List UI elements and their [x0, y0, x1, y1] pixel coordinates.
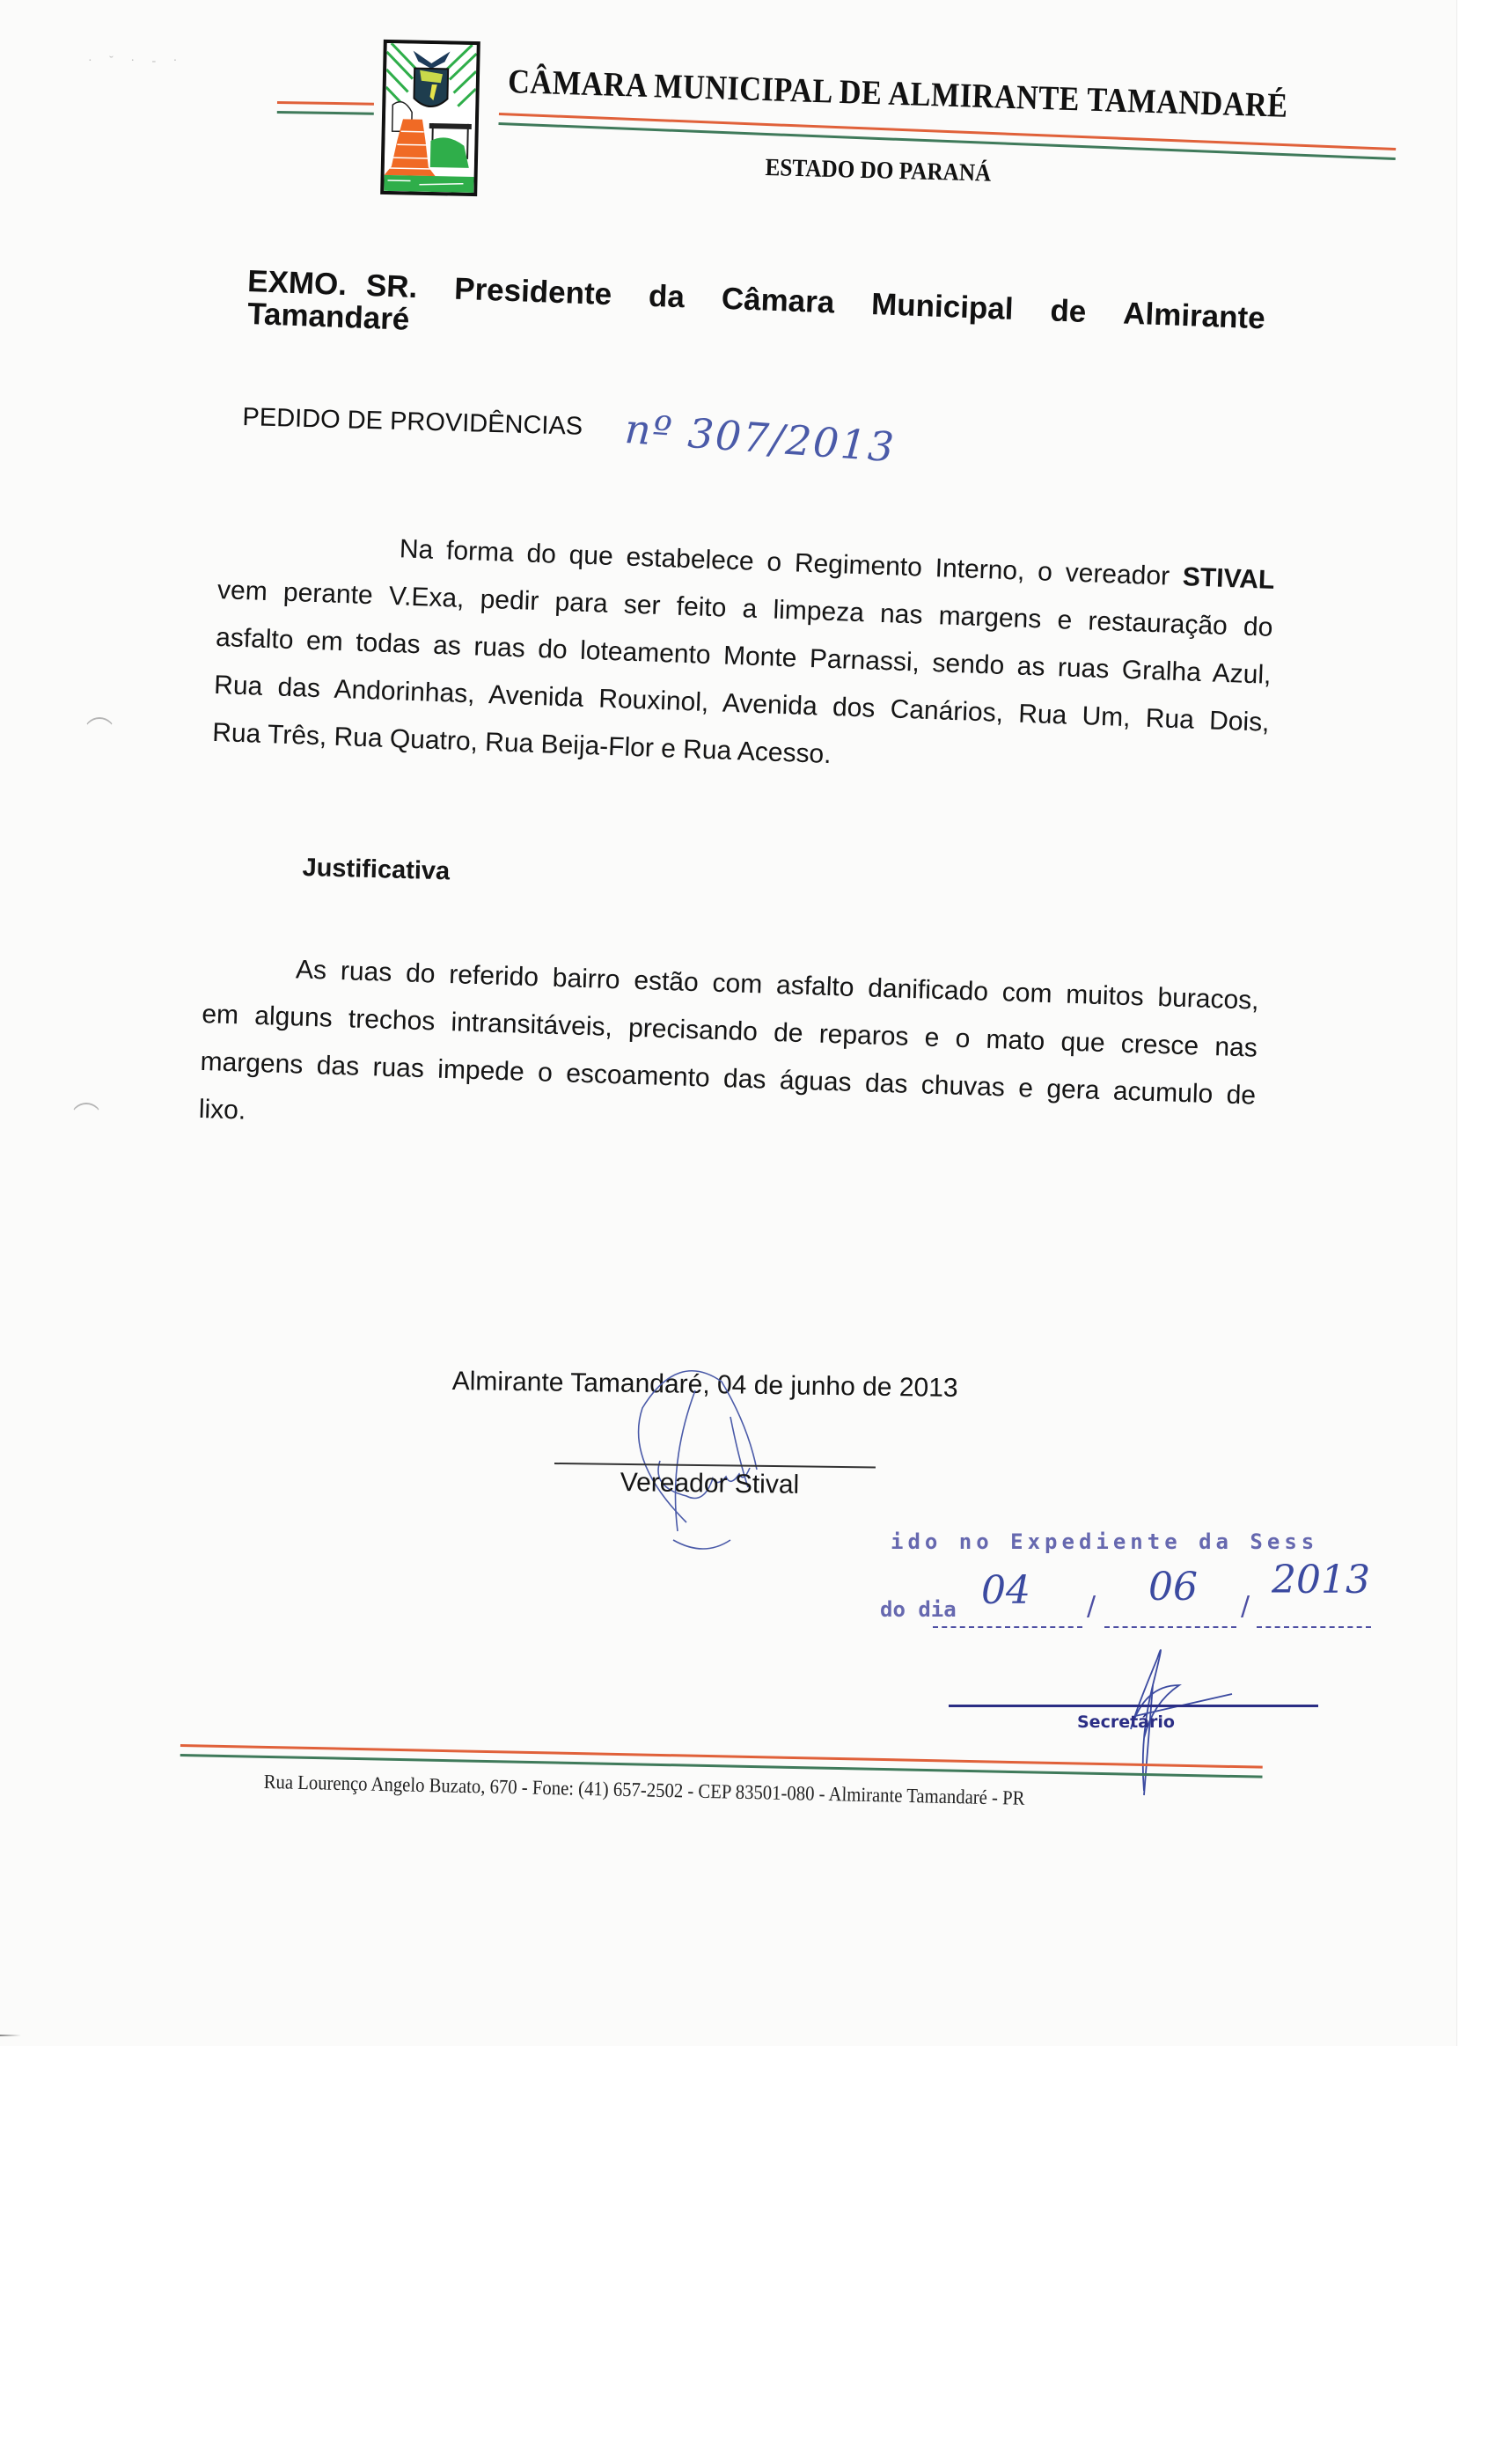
signer-name: Vereador Stival	[620, 1468, 800, 1500]
handwritten-signature-icon	[607, 1355, 810, 1558]
punch-hole-mark	[70, 1103, 102, 1134]
page-edge-mark	[0, 2035, 21, 2036]
addressee-word: Municipal	[870, 287, 1014, 327]
addressee-word: Presidente	[454, 272, 612, 313]
stamp-month: 06	[1148, 1565, 1198, 1610]
addressee-word: Almirante	[1123, 296, 1266, 336]
stamp-expedient-text: ido no Expediente da Sess	[891, 1529, 1318, 1554]
scan-specks: · ˘ · ‐ ·	[88, 55, 184, 69]
state-subtitle: ESTADO DO PARANÁ	[765, 154, 991, 188]
justification-body: As ruas do referido bairro estão com asf…	[198, 943, 1259, 1168]
secretary-label: Secretário	[1077, 1712, 1175, 1732]
punch-hole-mark	[84, 717, 115, 749]
request-body: Na forma do que estabelece o Regimento I…	[211, 519, 1275, 795]
justification-heading: Justificativa	[302, 854, 450, 886]
addressee-line-2: Tamandaré	[247, 297, 410, 338]
coat-of-arms-icon	[380, 40, 480, 196]
stamp-day: 04	[981, 1568, 1030, 1613]
addressee-word: da	[648, 279, 685, 315]
addressee-word: de	[1050, 293, 1087, 329]
stamp-year: 2013	[1272, 1558, 1370, 1602]
addressee-word: Câmara	[721, 282, 835, 321]
header-rule-left	[277, 101, 374, 115]
addressee-word: SR.	[365, 268, 418, 305]
secretary-rule	[949, 1705, 1318, 1707]
stamp-date-fields: 04 / 06 / 2013	[933, 1575, 1373, 1628]
